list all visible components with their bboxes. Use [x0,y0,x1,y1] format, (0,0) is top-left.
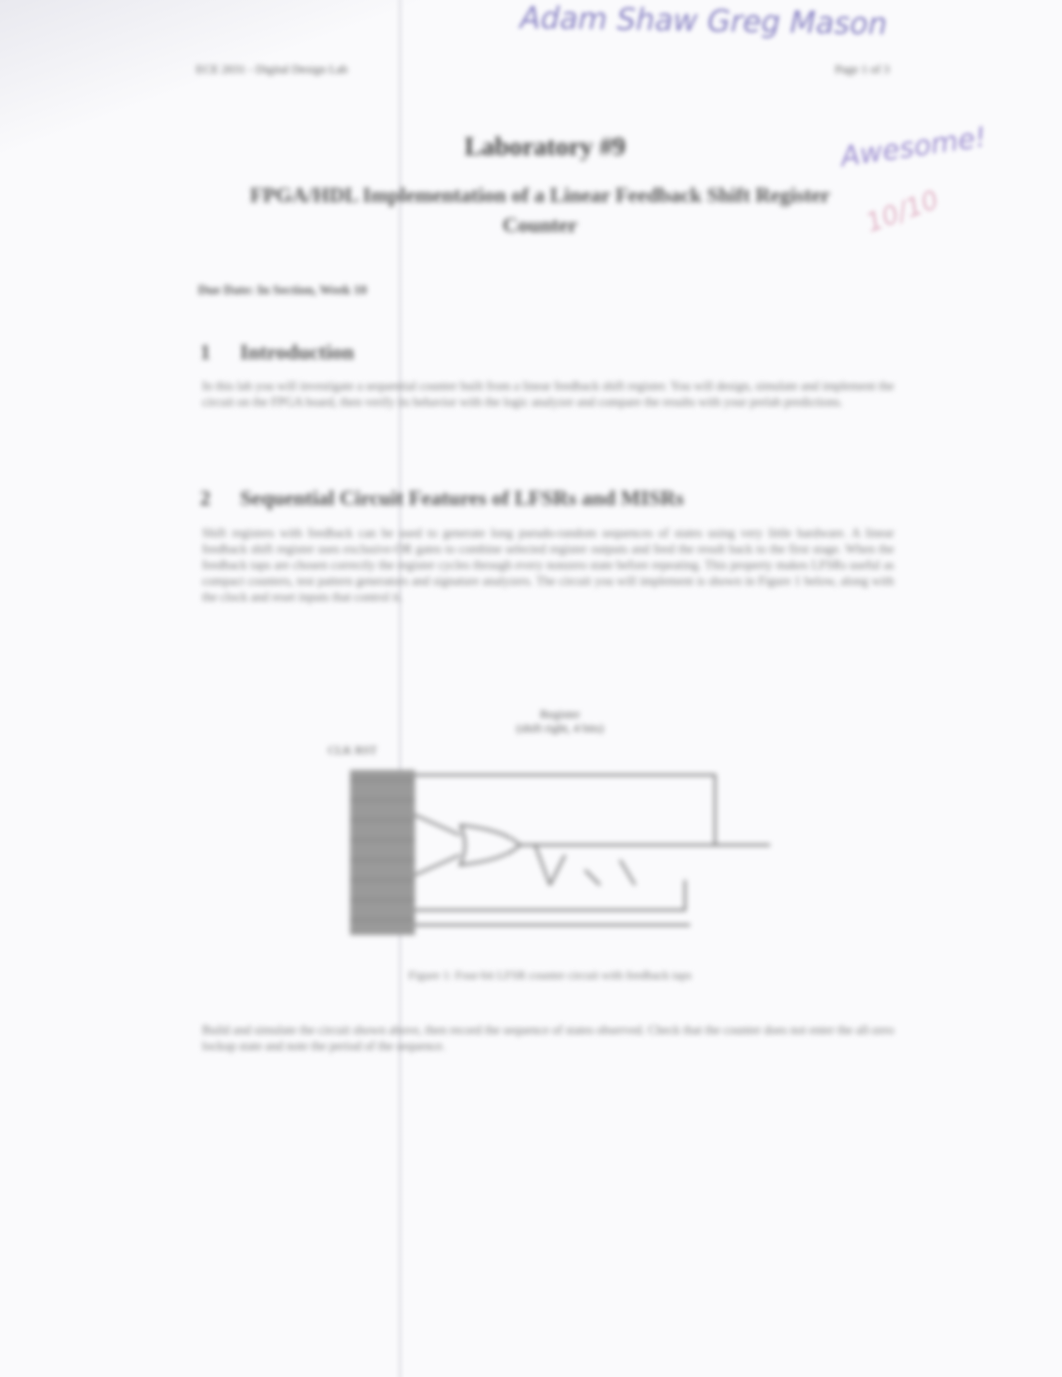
handwritten-names: Adam Shaw Greg Mason [520,1,888,42]
section-number: 2 [200,486,240,511]
figure-caption: Figure 1: Four-bit LFSR counter circuit … [320,968,780,983]
section-number: 1 [200,340,240,365]
document-subtitle: FPGA/HDL Implementation of a Linear Feed… [230,180,850,240]
section-title: Introduction [240,340,354,364]
section-heading-introduction: 1Introduction [200,340,354,365]
section-title: Sequential Circuit Features of LFSRs and… [240,486,684,510]
running-header-right: Page 1 of 3 [835,62,889,77]
sequential-paragraph: Shift registers with feedback can be use… [202,525,894,605]
figure-lfsr-circuit: Register (shift right, 4 bits) CLK RST [320,705,780,965]
section-heading-sequential: 2Sequential Circuit Features of LFSRs an… [200,486,684,511]
running-header-left: ECE 2031 - Digital Design Lab [196,62,348,77]
circuit-diagram [320,705,780,965]
document-title: Laboratory #9 [0,132,1062,162]
closing-paragraph: Build and simulate the circuit shown abo… [202,1022,894,1054]
introduction-paragraph: In this lab you will investigate a seque… [202,378,894,410]
scanned-page: Adam Shaw Greg Mason Awesome! 10/10 ECE … [0,0,1062,1377]
due-date: Due Date: In Section, Week 10 [198,282,367,298]
